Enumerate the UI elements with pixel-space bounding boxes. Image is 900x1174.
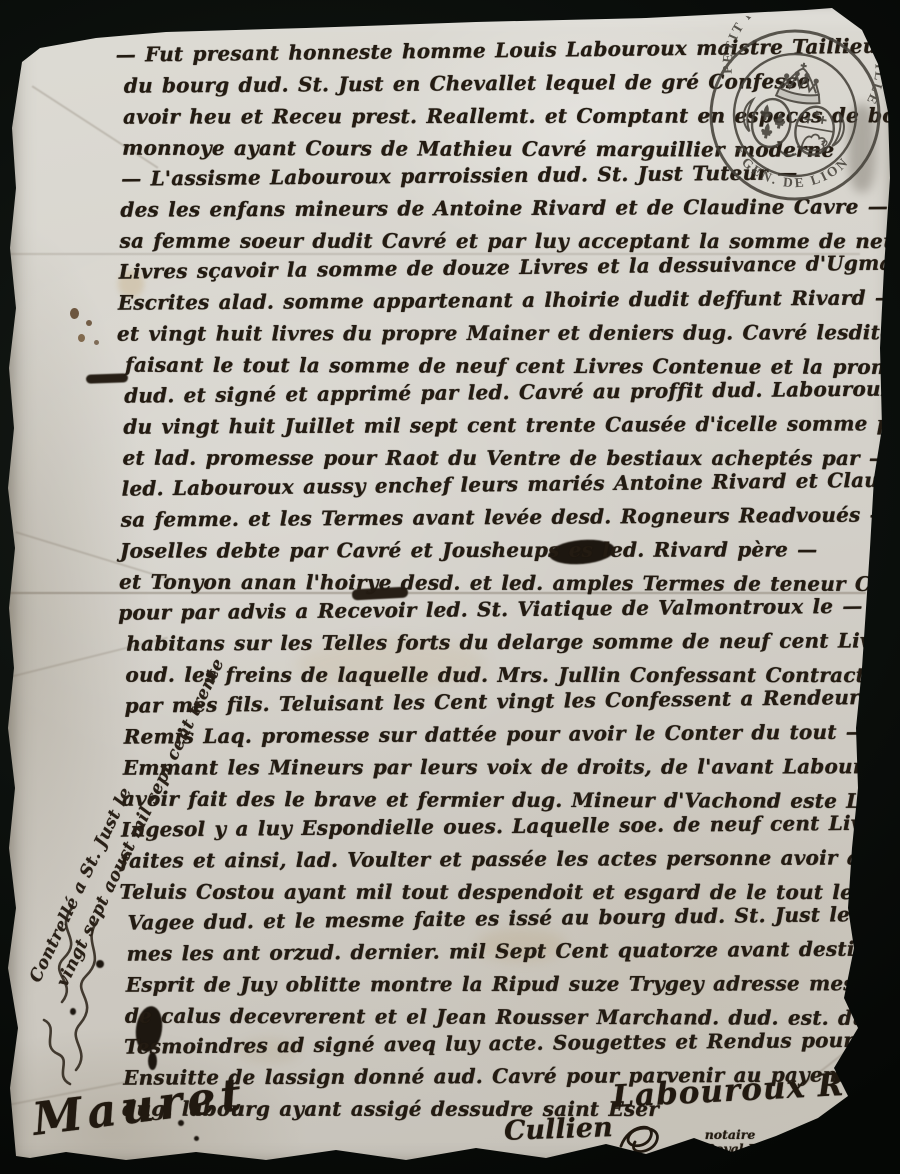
notary-title-line: Royal R — [705, 1142, 759, 1156]
fleur-de-lis-shield-icon — [748, 96, 794, 150]
notary-title: notaire Royal R — [705, 1128, 759, 1156]
stamp-top-text: PETIT PAP. X. DEN. LE FEUILLET — [712, 12, 899, 133]
ink-blot — [194, 1136, 199, 1141]
notary-signature-cullien: Cullien — [503, 1112, 613, 1147]
manuscript-line: Esprit de Juy oblitte montre la Ripud su… — [126, 968, 874, 1000]
header-cross-mark: + — [210, 12, 224, 32]
manuscript-line: Ingesol y a luy Espondielle oues. Laquel… — [121, 808, 869, 846]
margin-ink-scrawl-icon — [14, 900, 134, 1110]
manuscript-line: mes les ant orzud. dernier. mil Sept Cen… — [127, 934, 875, 970]
crown-icon — [776, 59, 826, 106]
manuscript-line: Tesmoindres ad signé aveq luy acte. Soug… — [124, 1025, 872, 1063]
manuscript-line: dud. et signé et apprimé par led. Cavré … — [124, 374, 872, 412]
manuscript-line: pour par advis a Recevoir led. St. Viati… — [118, 591, 866, 629]
lion-shield-icon — [792, 104, 838, 158]
stain — [70, 308, 79, 319]
photo-backdrop: + — Fut presant honneste homme Louis Lab… — [0, 0, 900, 1174]
manuscript-line: Joselles debte par Cavré et Jousheups es… — [120, 534, 868, 566]
svg-text:PETIT PAP. X. DEN. LE FEUILLET: PETIT PAP. X. DEN. LE FEUILLET — [712, 12, 899, 133]
stain — [94, 340, 99, 345]
notary-paraph-icon — [615, 1116, 711, 1172]
manuscript-line: du vingt huit Juillet mil sept cent tren… — [123, 408, 871, 442]
manuscript-line: faites et ainsi, lad. Voulter et passée … — [120, 842, 868, 876]
stain — [86, 320, 92, 326]
manuscript-text: — Fut presant honneste homme Louis Labou… — [120, 36, 873, 1124]
stain — [78, 334, 85, 342]
manuscript-page: + — Fut presant honneste homme Louis Lab… — [6, 8, 894, 1168]
manuscript-line: Escrites alad. somme appartenant a lhoir… — [118, 283, 866, 319]
tax-stamp: PETIT PAP. X. DEN. LE FEUILLET * GEN. DE… — [692, 12, 898, 218]
manuscript-line: Remis Laq. promesse sur dattée pour avoi… — [124, 717, 872, 753]
manuscript-line: sa femme. et les Termes avant levée desd… — [121, 500, 869, 536]
notary-title-line: notaire — [705, 1128, 759, 1142]
manuscript-line: Emmant les Mineurs par leurs voix de dro… — [123, 751, 871, 783]
notary-signature-block: Cullien notaire Royal R — [504, 1114, 758, 1172]
manuscript-line: et vingt huit livres du propre Mainer et… — [117, 317, 865, 349]
manuscript-line: habitans sur les Telles forts du delarge… — [126, 625, 874, 659]
